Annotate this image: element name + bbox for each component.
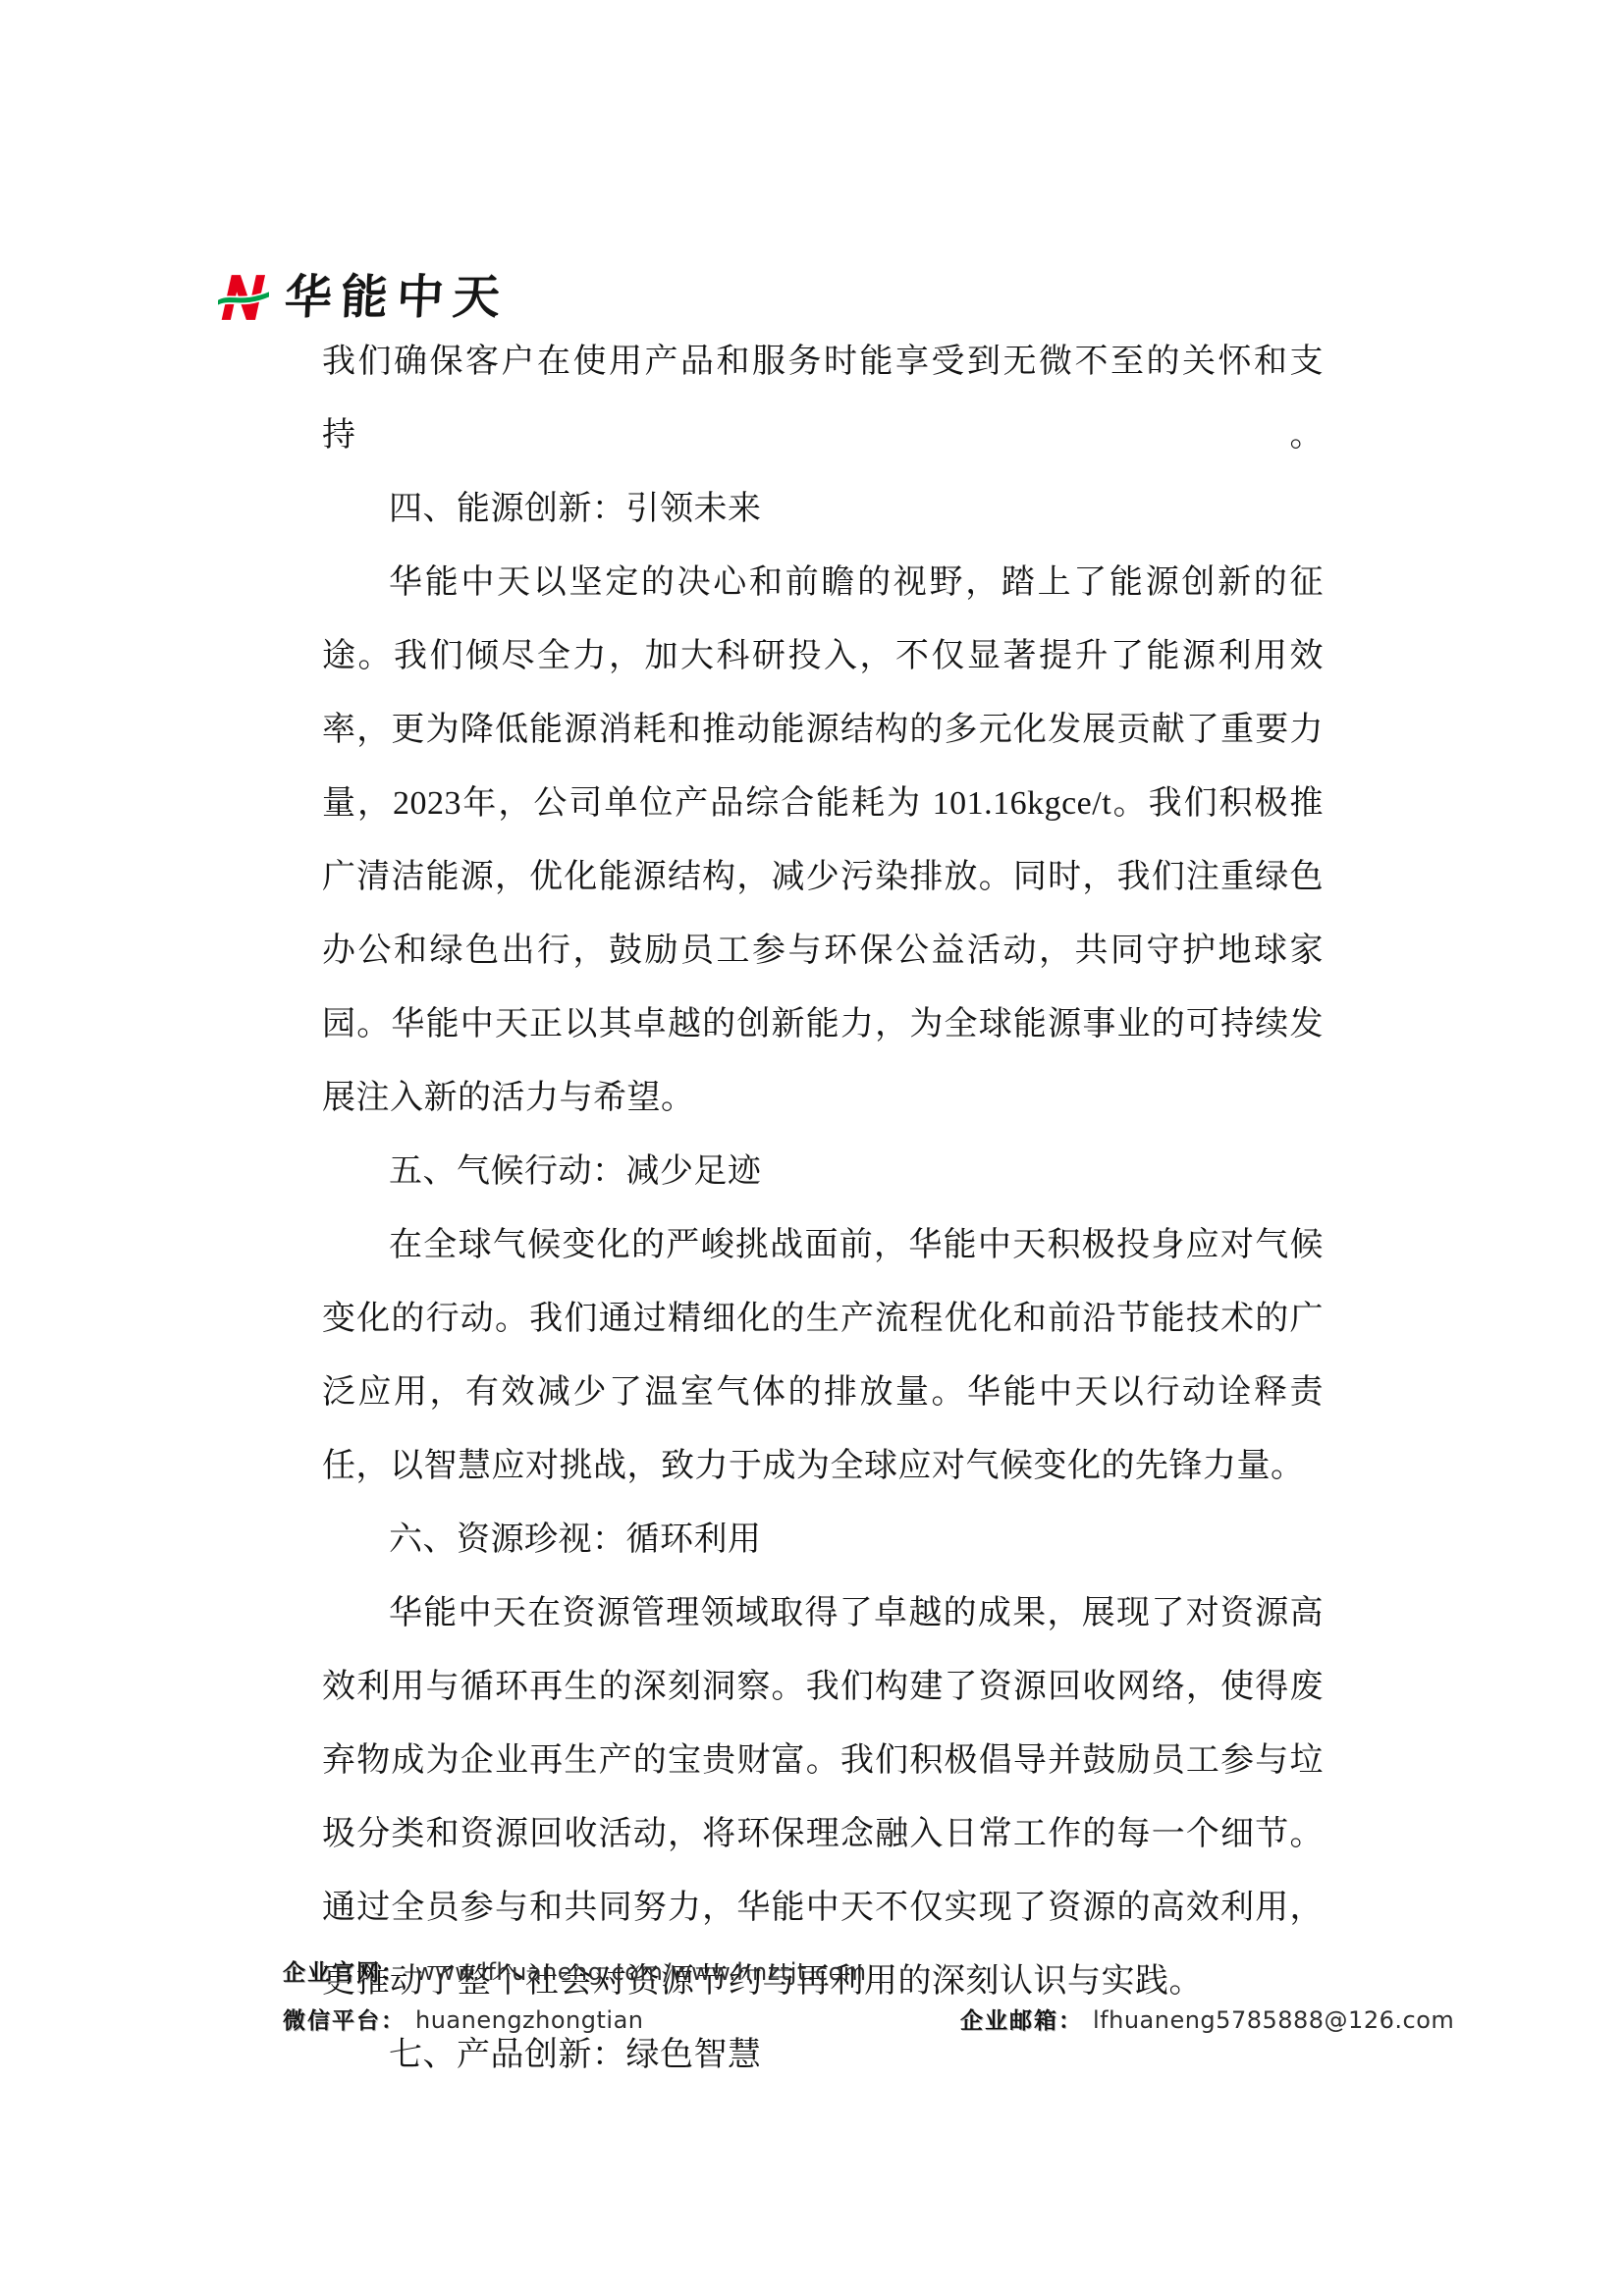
body-paragraph-continued: 我们确保客户在使用产品和服务时能享受到无微不至的关怀和支持。	[322, 325, 1324, 472]
brand-logo: 华能中天	[216, 261, 509, 334]
body-paragraph-energy-innovation: 华能中天以坚定的决心和前瞻的视野，踏上了能源创新的征途。我们倾尽全力，加大科研投…	[322, 546, 1324, 1135]
footer-website-row: 企业官网：www.lfhuaneng.com/www.hnztjt.com	[283, 1954, 867, 1987]
footer-email-row: 企业邮箱：lfhuaneng5785888@126.com	[960, 2002, 1454, 2035]
body-paragraph-resource-recycling: 华能中天在资源管理领域取得了卓越的成果，展现了对资源高效利用与循环再生的深刻洞察…	[322, 1576, 1324, 2018]
footer-website-value: www.lfhuaneng.com/www.hnztjt.com	[415, 1958, 867, 1986]
footer-email-label: 企业邮箱：	[960, 2007, 1083, 2033]
footer-wechat-row: 微信平台：huanengzhongtian	[283, 2002, 643, 2035]
huaneng-n-logo-icon	[216, 267, 271, 328]
footer-wechat-label: 微信平台：	[283, 2007, 406, 2033]
body-paragraph-climate-action: 在全球气候变化的严峻挑战面前，华能中天积极投身应对气候变化的行动。我们通过精细化…	[322, 1208, 1324, 1503]
footer-wechat-value: huanengzhongtian	[415, 2006, 643, 2034]
section-heading-resource-recycling: 六、资源珍视：循环利用	[322, 1503, 1324, 1576]
footer-email-value: lfhuaneng5785888@126.com	[1093, 2006, 1454, 2034]
brand-calligraphy-text: 华能中天	[284, 274, 511, 321]
document-page: 华能中天 我们确保客户在使用产品和服务时能享受到无微不至的关怀和支持。 四、能源…	[0, 0, 1624, 2296]
footer-website-label: 企业官网：	[283, 1959, 406, 1985]
section-heading-climate-action: 五、气候行动：减少足迹	[322, 1135, 1324, 1208]
section-heading-energy-innovation: 四、能源创新：引领未来	[322, 472, 1324, 546]
document-body: 我们确保客户在使用产品和服务时能享受到无微不至的关怀和支持。 四、能源创新：引领…	[322, 325, 1324, 2092]
